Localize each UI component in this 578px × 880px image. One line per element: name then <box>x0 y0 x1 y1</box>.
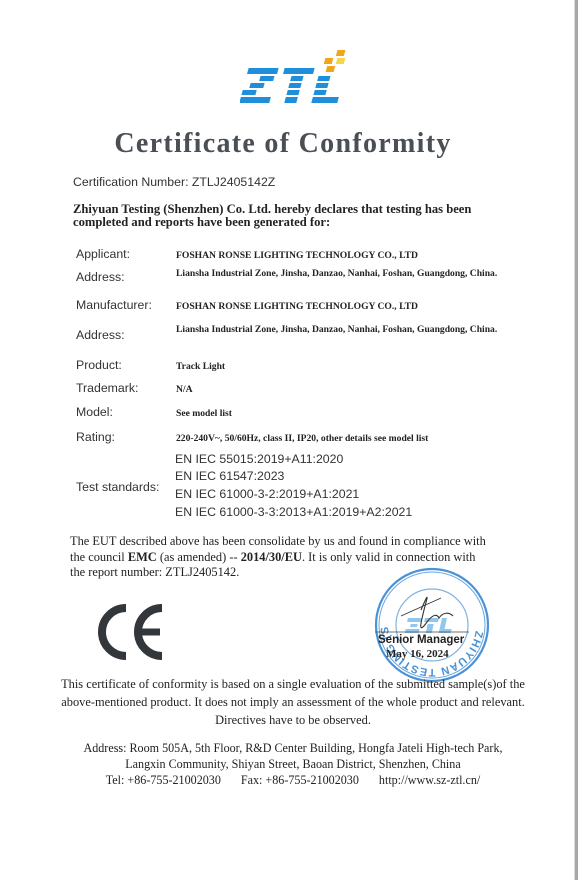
ce-mark-icon <box>96 604 166 660</box>
field-label: Product: <box>76 358 122 372</box>
test-standard-item: EN IEC 61547:2023 <box>175 469 284 483</box>
field-label: Model: <box>76 405 113 419</box>
field-label: Trademark: <box>76 381 138 395</box>
field-value: FOSHAN RONSE LIGHTING TECHNOLOGY CO., LT… <box>176 301 506 312</box>
field-value: N/A <box>176 384 506 395</box>
field-label: Manufacturer: <box>76 298 152 312</box>
field-label: Rating: <box>76 430 115 444</box>
signer-title: Senior Manager <box>378 634 464 646</box>
footer-contact: Address: Room 505A, 5th Floor, R&D Cente… <box>60 740 526 788</box>
disclaimer: This certificate of conformity is based … <box>60 675 526 729</box>
signature-date: May 16, 2024 <box>386 648 449 660</box>
footer-address-line: Address: Room 505A, 5th Floor, R&D Cente… <box>60 740 526 756</box>
disclaimer-line: above-mentioned product. It does not imp… <box>60 693 526 711</box>
test-standard-item: EN IEC 55015:2019+A11:2020 <box>175 452 343 466</box>
certification-number: Certification Number: ZTLJ2405142Z <box>73 175 275 189</box>
field-value: See model list <box>176 408 506 419</box>
field-value: Liansha Industrial Zone, Jinsha, Danzao,… <box>176 324 506 335</box>
test-standard-item: EN IEC 61000-3-3:2013+A1:2019+A2:2021 <box>175 505 412 519</box>
test-standards-label: Test standards: <box>76 480 159 494</box>
field-value: Liansha Industrial Zone, Jinsha, Danzao,… <box>176 268 506 279</box>
field-value: 220-240V~, 50/60Hz, class II, IP20, othe… <box>176 433 536 444</box>
disclaimer-line: Directives have to be observed. <box>60 711 526 729</box>
ztl-logo-icon <box>240 48 355 110</box>
company-seal-icon: ZHIYUAN TESTING (SHENZHEN) CO.,LTD <box>371 566 493 684</box>
field-label: Address: <box>76 328 125 342</box>
test-standard-item: EN IEC 61000-3-2:2019+A1:2021 <box>175 487 359 501</box>
footer-tel: Tel: +86-755-21002030 <box>106 773 221 787</box>
footer-address-line: Langxin Community, Shiyan Street, Baoan … <box>60 756 526 772</box>
footer-contact-line: Tel: +86-755-21002030Fax: +86-755-210020… <box>60 772 526 788</box>
field-label: Address: <box>76 270 125 284</box>
declaration-text: Zhiyuan Testing (Shenzhen) Co. Ltd. here… <box>73 203 513 229</box>
compliance-text: (as amended) -- <box>157 550 241 564</box>
footer-website-link[interactable]: http://www.sz-ztl.cn/ <box>379 773 480 787</box>
field-value: Track Light <box>176 361 506 372</box>
field-value: FOSHAN RONSE LIGHTING TECHNOLOGY CO., LT… <box>176 250 506 261</box>
directive-name: EMC <box>128 550 157 564</box>
disclaimer-line: This certificate of conformity is based … <box>60 675 526 693</box>
document-title: Certificate of Conformity <box>0 128 566 160</box>
directive-number: 2014/30/EU <box>241 550 302 564</box>
footer-fax: Fax: +86-755-21002030 <box>241 773 359 787</box>
field-label: Applicant: <box>76 247 130 261</box>
